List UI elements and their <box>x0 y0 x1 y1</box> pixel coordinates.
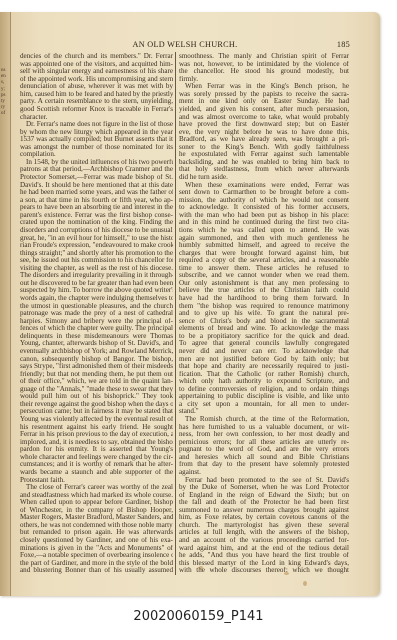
text-line: the chancellor. He stood his ground mode… <box>179 68 349 76</box>
image-caption: 20020060159_P141 <box>0 609 397 624</box>
text-line: church. The martyrologist has given thes… <box>179 522 349 530</box>
text-line: closely questioned by Gardiner, and one … <box>20 537 173 545</box>
text-line: backsliding, and he was enabled to bring… <box>179 159 349 167</box>
text-line: was not, however, to be intimidated by t… <box>179 61 349 69</box>
text-line: patrons at that period,—Archbishop Cranm… <box>20 166 173 174</box>
text-line: mission, the authority of which he would… <box>179 197 349 205</box>
text-line: persecution came; but in fairness it may… <box>20 408 173 416</box>
text-line: parent's existence. Ferrar was the first… <box>20 212 173 220</box>
text-line: against. <box>179 469 349 477</box>
text-line: Ferrar had been promoted to the see of S… <box>179 477 349 485</box>
foxing-stain <box>199 566 203 570</box>
column-divider <box>175 52 176 575</box>
text-line: canon, subsequently bishop of Bangor. Th… <box>20 356 173 364</box>
text-line: summoned to answer numerous charges brou… <box>179 507 349 515</box>
text-line: them "the bishop was required to renounc… <box>179 303 349 311</box>
text-line: of England in the reign of Edward the Si… <box>179 492 349 500</box>
text-line: firmly. <box>179 76 349 84</box>
text-line: from that day to the present have solemn… <box>179 461 349 469</box>
text-line: Young, chanter, afterwards bishop of St.… <box>20 340 173 348</box>
text-line: the part of Gardiner, and more in the st… <box>20 560 173 568</box>
text-line: he expostulated with Ferrar against such… <box>179 151 349 159</box>
running-title: AN OLD WELSH CHURCH. <box>20 40 350 49</box>
text-line: appertaining to public discipline is vis… <box>179 393 349 401</box>
text-line: have had the hardihood to bring them for… <box>179 295 349 303</box>
text-line: harpies. Simony and bribery were the pri… <box>20 318 173 326</box>
text-line: a son, at that time in his fourth or fif… <box>20 197 173 205</box>
text-line: fication. That the Catholic (or rather R… <box>179 371 349 379</box>
text-line: Protestant faith. <box>20 477 173 485</box>
text-line: Bradford, as we have already seen, was b… <box>179 136 349 144</box>
text-line: When Ferrar was in the King's Bench pris… <box>179 83 349 91</box>
text-line: their revenge against the good bishop wh… <box>20 401 173 409</box>
text-line: him, as Foxe relates, by certain covetou… <box>179 514 349 522</box>
text-line: did he turn aside. <box>179 174 349 182</box>
text-line: out he discovered to be far greater than… <box>20 280 173 288</box>
text-line: patronage was made the prey of a nest of… <box>20 310 173 318</box>
text-line: his resentment against his early friend.… <box>20 424 173 432</box>
text-line: was amongst the number of those nominate… <box>20 144 173 152</box>
right-text-column: smoothness. The manly and Christian spir… <box>179 53 349 575</box>
text-line: again summoned, and then with much gentl… <box>179 235 349 243</box>
text-line: never did and never can err. To acknowle… <box>179 348 349 356</box>
text-line: and steadfastness which had marked its w… <box>20 492 173 500</box>
text-line: eventually archbishop of York; and Rowla… <box>20 348 173 356</box>
text-line: of the appointed work. His uncompromisin… <box>20 76 173 84</box>
text-line: When called upon to appear before Gardin… <box>20 499 173 507</box>
text-line: The close of Ferrar's career was worthy … <box>20 484 173 492</box>
previous-page-edge: nsens,y;pstyryof <box>0 12 11 596</box>
text-line: minations is given in the "Acts and Monu… <box>20 545 173 553</box>
text-line: with the man who had been put as bishop … <box>179 212 349 220</box>
text-line: 1537 was actually compiled; but Burnet a… <box>20 136 173 144</box>
text-line: and in this mind he continued during the… <box>179 219 349 227</box>
text-line: smoothness. The manly and Christian spir… <box>179 53 349 61</box>
left-text-column: dencies of the church and its members." … <box>20 53 173 575</box>
text-line: yielded, and given his consent, after mu… <box>179 106 349 114</box>
text-line: sence of Christ's body and blood in the … <box>179 318 349 326</box>
text-line: Dr. Ferrar's name does not figure in the… <box>20 121 173 129</box>
text-line: humbly submitted himself, and agreed to … <box>179 242 349 250</box>
text-line: by the Duke of Somerset, when he was Lor… <box>179 484 349 492</box>
text-line: pernicious errors; for all these article… <box>179 439 349 447</box>
text-line: In 1548, by the united influences of his… <box>20 159 173 167</box>
text-line: and to give up his wife. To grant the na… <box>179 310 349 318</box>
text-line: charges that were brought forward agains… <box>179 250 349 258</box>
text-line: that holy stedfastness, from which never… <box>179 166 349 174</box>
text-line: To agree that general councils lawfully … <box>179 340 349 348</box>
text-line: stand." <box>179 408 349 416</box>
text-line: required a copy of the several articles,… <box>179 257 349 265</box>
text-line: would pull him out of his bishoprick." T… <box>20 393 173 401</box>
text-line: to acknowledge. It consisted of his form… <box>179 204 349 212</box>
text-line: ness, from her own confession, to her mo… <box>179 431 349 439</box>
text-line: great, he, "in an evil hour for himself,… <box>20 235 173 243</box>
text-line: delinquents in these misdemeanours were … <box>20 333 173 341</box>
previous-page-text-fragments: nsens,y;pstyryof <box>1 68 9 118</box>
text-line: pears to have been an absorbing tie and … <box>20 204 173 212</box>
text-line: ment in one kind only on Easter Sunday. … <box>179 98 349 106</box>
text-line: David's. It should be here mentioned tha… <box>20 182 173 190</box>
text-line: character. <box>20 114 173 122</box>
text-line: Master Rogers, Master Bradford, Master S… <box>20 514 173 522</box>
text-line: by whom the new liturgy which appeared i… <box>20 129 173 137</box>
foxing-stain <box>303 581 307 586</box>
text-line: words again, the chapter were indulging … <box>20 295 173 303</box>
page-number: 185 <box>337 40 350 49</box>
text-line: that hope and charity are necessarily re… <box>179 363 349 371</box>
text-line: soner to the King's Bench. With godly fa… <box>179 144 349 152</box>
text-line: dencies of the church and its members." … <box>20 53 173 61</box>
text-line: of their office," which, we are told in … <box>20 378 173 386</box>
text-line: tions which he was called upon to attend… <box>179 227 349 235</box>
text-line: articles at full length, with the answer… <box>179 529 349 537</box>
text-line: The disorders and irregularity prevailin… <box>20 272 173 280</box>
text-line: of Winchester, in the company of Bishop … <box>20 507 173 515</box>
text-line: a city set upon a mountain, for all men … <box>179 401 349 409</box>
text-line: others, he was not condemned with those … <box>20 522 173 530</box>
text-line: rian Froude's expression, "endeavoured t… <box>20 242 173 250</box>
running-header: AN OLD WELSH CHURCH. 185 <box>20 40 350 52</box>
text-line: disorders and corruptions of his diocese… <box>20 227 173 235</box>
text-line: Our only astonishment is that any men pr… <box>179 280 349 288</box>
text-line: Protector Somerset,—Ferrar was made bish… <box>20 174 173 182</box>
text-line: him, caused him to be feared and hated b… <box>20 91 173 99</box>
text-line: and heresies which all sound and Bible C… <box>179 454 349 462</box>
text-line: Foxe,—a notable specimen of overbearing … <box>20 552 173 560</box>
text-line: denunciation of abuse, wherever it was m… <box>20 83 173 91</box>
text-line: to be a propitiatory sacrifice for the q… <box>179 333 349 341</box>
text-line: he adds, "And thus you have heard the fi… <box>179 552 349 560</box>
text-line: with the whole discourses thereof: which… <box>179 567 349 575</box>
text-line: have proved the first downward step; but… <box>179 121 349 129</box>
text-line: the utmost in questionable pleasures, an… <box>20 303 173 311</box>
text-line: crated upon the nomination of the king. … <box>20 219 173 227</box>
text-line: subscribe, and we cannot wonder when we … <box>179 272 349 280</box>
text-line: When these examinations were ended, Ferr… <box>179 182 349 190</box>
text-line: was appointed one of the visitors, and a… <box>20 61 173 69</box>
text-line: party. A certain resemblance to the ster… <box>20 98 173 106</box>
text-line: believe the true articles of the Christi… <box>179 287 349 295</box>
foxing-stain <box>284 572 289 575</box>
text-line: sent down to Carmarthen to be brought be… <box>179 189 349 197</box>
text-line: he had been married some years, and was … <box>20 189 173 197</box>
previous-page-fragment: of <box>1 111 9 117</box>
text-line: but remanded to prison again. He was aft… <box>20 529 173 537</box>
text-line: friendly; but that not mending them, he … <box>20 371 173 379</box>
text-line: eve, the very night before he was to hav… <box>179 129 349 137</box>
text-line: has here furnished to us a valuable docu… <box>179 424 349 432</box>
text-line: which only hath authority to expound Scr… <box>179 378 349 386</box>
text-line: whole character and feelings were change… <box>20 454 173 462</box>
text-line: men are not justified before God by fait… <box>179 356 349 364</box>
text-line: ward against him, and at the end of the … <box>179 545 349 553</box>
text-line: and blustering Bonner than of his usuall… <box>20 567 173 575</box>
text-line: and an account of the various proceeding… <box>179 537 349 545</box>
text-line: says Strype, "first admonished them of t… <box>20 363 173 371</box>
text-line: good Scottish reformer Knox is traceable… <box>20 106 173 114</box>
text-line: fences of which the chapter were guilty.… <box>20 325 173 333</box>
text-line: compilation. <box>20 151 173 159</box>
text-line: pardon for his enmity. It is asserted th… <box>20 446 173 454</box>
text-line: to define controversies of religion, and… <box>179 386 349 394</box>
text-line: Young was violently affected by the even… <box>20 416 173 424</box>
text-line: wards became a staunch and able supporte… <box>20 469 173 477</box>
text-line: cumstances; and it is worthy of remark t… <box>20 461 173 469</box>
text-line: suspected by him. To borrow the above qu… <box>20 287 173 295</box>
text-line: things straight;" and shortly after his … <box>20 250 173 258</box>
text-line: The Romish church, at the time of the Re… <box>179 416 349 424</box>
text-line: see, he issued out his commission to his… <box>20 257 173 265</box>
text-line: this blessed martyr of the Lord in king … <box>179 560 349 568</box>
text-line: elements of bread and wine. To acknowled… <box>179 325 349 333</box>
text-line: was sorely pressed by the papists to rec… <box>179 91 349 99</box>
text-line: guage of the "Annals," "made these to sw… <box>20 386 173 394</box>
text-line: implored, and, it is needless to say, ob… <box>20 439 173 447</box>
text-line: self with singular energy and earnestnes… <box>20 68 173 76</box>
text-line: the fall and death of the Protector he h… <box>179 499 349 507</box>
text-line: Ferrar in his prison previous to the day… <box>20 431 173 439</box>
text-line: visiting the chapter, as well as the res… <box>20 265 173 273</box>
text-line: and was almost overcome to take, what wo… <box>179 114 349 122</box>
text-line: time to answer them. These articles he r… <box>179 265 349 273</box>
text-line: pugnant to the word of God, and are the … <box>179 446 349 454</box>
